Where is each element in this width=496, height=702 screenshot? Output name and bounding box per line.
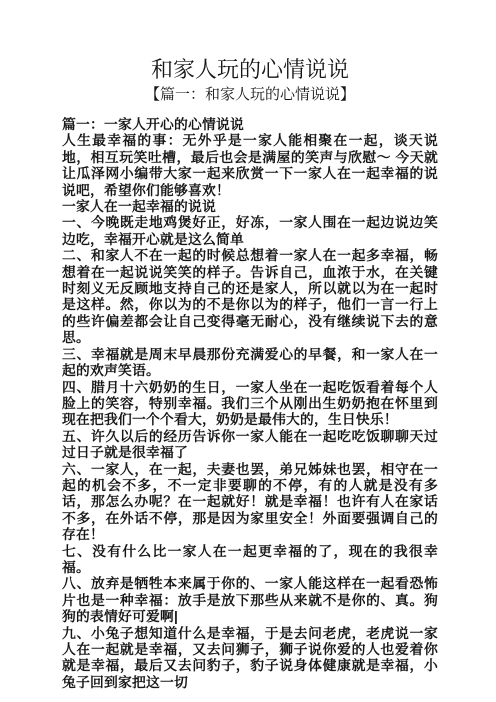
section-heading: 一家人在一起幸福的说说 [62, 199, 438, 215]
document-page: 和家人玩的心情说说 【篇一：和家人玩的心情说说】 篇一：一家人开心的心情说说 人… [0, 0, 496, 702]
paragraph: 七、没有什么比一家人在一起更幸福的了，现在的我很幸福。 [62, 544, 438, 577]
paragraph: 二、和家人不在一起的时候总想着一家人在一起多幸福，畅想着在一起说说笑笑的样子。告… [62, 248, 438, 346]
paragraph: 一、今晚既走地鸡煲好正，好冻，一家人围在一起边说边笑边吃，幸福开心就是这么简单 [62, 215, 438, 248]
paragraph: 人生最幸福的事：无外乎是一家人能相聚在一起，谈天说地，相互玩笑吐槽，最后也会是满… [62, 133, 438, 199]
paragraph: 六、一家人，在一起，夫妻也罢，弟兄姊妹也罢，相守在一起的机会不多，不一定非要聊的… [62, 462, 438, 544]
section-heading: 篇一：一家人开心的心情说说 [62, 117, 438, 133]
document-body: 篇一：一家人开心的心情说说 人生最幸福的事：无外乎是一家人能相聚在一起，谈天说地… [62, 117, 438, 691]
paragraph: 四、腊月十六奶奶的生日，一家人坐在一起吃饭看着每个人脸上的笑容，特别幸福。我们三… [62, 380, 438, 429]
paragraph: 五、许久以后的经历告诉你一家人能在一起吃吃饭聊聊天过过日子就是很幸福了 [62, 429, 438, 462]
paragraph: 八、放弃是牺牲本来属于你的、一家人能这样在一起看恐怖片也是一种幸福：放手是放下那… [62, 576, 438, 625]
paragraph: 九、小兔子想知道什么是幸福，于是去问老虎，老虎说一家人在一起就是幸福，又去问狮子… [62, 626, 438, 692]
paragraph: 三、幸福就是周末早晨那份充满爱心的早餐，和一家人在一起的欢声笑语。 [62, 347, 438, 380]
document-title: 和家人玩的心情说说 [62, 56, 438, 83]
document-subtitle: 【篇一：和家人玩的心情说说】 [62, 86, 438, 105]
